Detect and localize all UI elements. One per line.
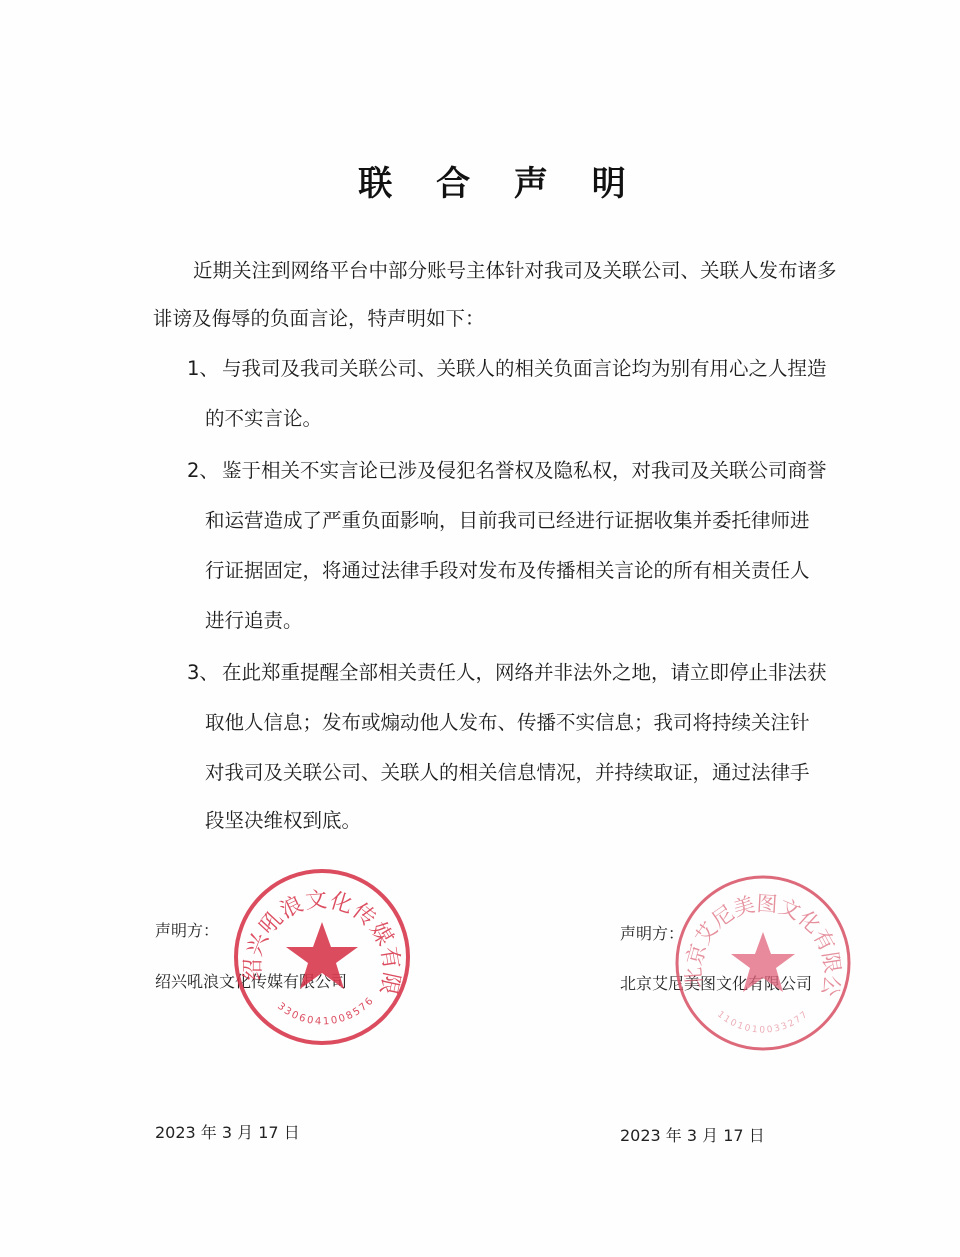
- item-2-line-2: 和运营造成了严重负面影响，目前我司已经进行证据收集并委托律师进: [205, 505, 810, 533]
- item-3-line-1: 在此郑重提醒全部相关责任人，网络并非法外之地，请立即停止非法获: [222, 657, 827, 685]
- intro-line-1: 近期关注到网络平台中部分账号主体针对我司及关联公司、关联人发布诸多: [193, 255, 837, 283]
- item-3-number: 3、: [187, 657, 219, 685]
- signatory-1-label: 声明方：: [155, 918, 219, 941]
- item-2-line-3: 行证据固定，将通过法律手段对发布及传播相关言论的所有相关责任人: [205, 555, 810, 583]
- signatory-2-date: 2023 年 3 月 17 日: [620, 1123, 765, 1146]
- item-1-line-2: 的不实言论。: [205, 403, 322, 431]
- item-1-number: 1、: [187, 353, 219, 381]
- company-seal-1: 绍兴吼浪文化传媒有限公司 3306041008576: [232, 867, 412, 1047]
- item-2-number: 2、: [187, 455, 219, 483]
- item-2-line-1: 鉴于相关不实言论已涉及侵犯名誉权及隐私权，对我司及关联公司商誉: [222, 455, 827, 483]
- item-1-line-1: 与我司及我司关联公司、关联人的相关负面言论均为别有用心之人捏造: [222, 353, 827, 381]
- seal-2-code: 1101010033277: [715, 1009, 811, 1036]
- item-2-line-4: 进行追责。: [205, 605, 303, 633]
- document-title: 联 合 声 明: [0, 156, 960, 205]
- signatory-1-company: 绍兴吼浪文化传媒有限公司: [155, 969, 347, 992]
- item-3-line-3: 对我司及关联公司、关联人的相关信息情况，并持续取证，通过法律手: [205, 757, 810, 785]
- signatory-2-company: 北京艾尼美图文化有限公司: [620, 971, 812, 994]
- signatory-2-label: 声明方：: [620, 921, 684, 944]
- intro-line-2: 诽谤及侮辱的负面言论，特声明如下：: [153, 303, 485, 331]
- item-3-line-2: 取他人信息；发布或煽动他人发布、传播不实信息；我司将持续关注针: [205, 707, 810, 735]
- company-seal-2: 北京艾尼美图文化有限公司 1101010033277: [672, 872, 854, 1054]
- svg-text:3306041008576: 3306041008576: [275, 995, 377, 1028]
- seal-1-code: 3306041008576: [275, 995, 377, 1028]
- svg-text:1101010033277: 1101010033277: [715, 1009, 811, 1036]
- item-3-line-4: 段坚决维权到底。: [205, 805, 361, 833]
- document-page: 联 合 声 明 近期关注到网络平台中部分账号主体针对我司及关联公司、关联人发布诸…: [0, 0, 960, 1257]
- signatory-1-date: 2023 年 3 月 17 日: [155, 1120, 300, 1143]
